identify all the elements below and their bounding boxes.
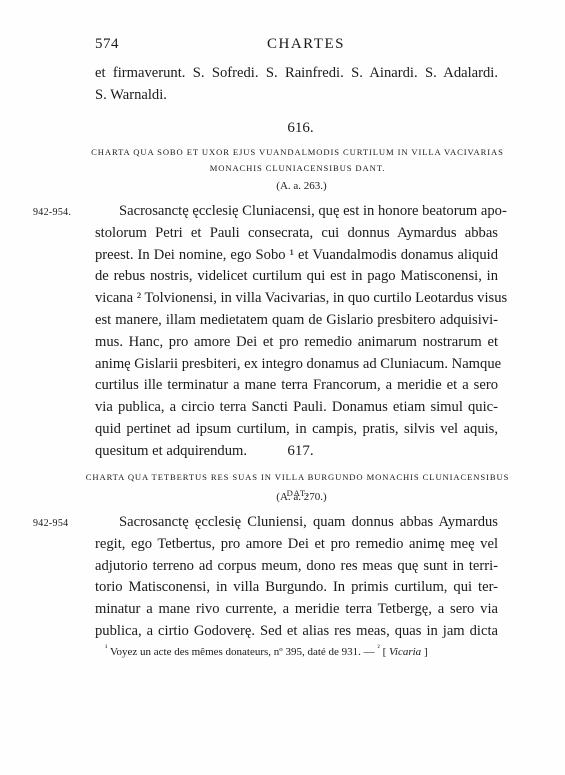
text-line: via publica, a circio terra Sancti Pauli… — [95, 397, 498, 419]
charter-title-line: CHARTA QUA SOBO ET UXOR EJUS VUANDALMODI… — [75, 144, 520, 160]
footnote-text: Voyez un acte des mêmes donateurs, nº 39… — [110, 646, 375, 658]
running-title: CHARTES — [95, 36, 497, 53]
charter-number: 617. — [95, 443, 498, 460]
footnote-italic: Vicaria — [389, 646, 421, 658]
text-line: curtilus ille terminatur a mane terra Fr… — [95, 375, 498, 397]
text-line: S. Warnaldi. — [95, 85, 498, 107]
text-line: de rebus nostris, videlicet curtilum qui… — [95, 266, 498, 288]
text-line: Sacrosanctę ęcclesię Cluniacensi, quę es… — [95, 201, 498, 223]
text-line: regit, ego Tetbertus, pro amore Dei et p… — [95, 534, 498, 556]
text-line: quid pertinet ad ipsum curtilum, in camp… — [95, 419, 498, 441]
margin-date: 942-954 — [33, 518, 68, 529]
text-line: preest. In Dei nomine, ego Sobo ¹ et Vua… — [95, 245, 498, 267]
footnote-marker: ² — [377, 643, 379, 652]
text-line: publica, a cirtio Godoverę. Sed et alias… — [95, 621, 498, 643]
charter-title-line: MONACHIS CLUNIACENSIBUS DANT. — [75, 160, 520, 176]
continuation-paragraph: et firmaverunt. S. Sofredi. S. Rainfredi… — [95, 63, 498, 107]
text-line: stolorum Petri et Pauli consecrata, cui … — [95, 223, 498, 245]
text-line: vicana ² Tolvionensi, in villa Vacivaria… — [95, 288, 498, 310]
running-head: 574 CHARTES — [95, 36, 497, 56]
margin-date: 942-954. — [33, 207, 71, 218]
footnotes: ¹ Voyez un acte des mêmes donateurs, nº … — [105, 646, 505, 658]
text-line: adjutorio terreno ad corpus meum, dono r… — [95, 556, 498, 578]
text-line: torio Matisconensi, in villa Burgundo. I… — [95, 577, 498, 599]
document-page: 574 CHARTES et firmaverunt. S. Sofredi. … — [0, 0, 565, 775]
footnote-marker: ¹ — [105, 643, 107, 652]
text-line: mus. Hanc, pro amore Dei et pro remedio … — [95, 332, 498, 354]
charter-body: Sacrosanctę ęcclesię Cluniacensi, quę es… — [95, 201, 498, 463]
text-line: animę Gislarii presbiteri, ex integro do… — [95, 354, 498, 376]
charter-body: Sacrosanctę ęcclesię Cluniensi, quam don… — [95, 512, 498, 643]
charter-date: (A. a. 270.) — [95, 491, 498, 503]
charter-title: CHARTA QUA SOBO ET UXOR EJUS VUANDALMODI… — [75, 144, 520, 176]
charter-date: (A. a. 263.) — [95, 180, 498, 192]
text-line: et firmaverunt. S. Sofredi. S. Rainfredi… — [95, 63, 498, 85]
text-line: minatur a mane rivo currente, a meridie … — [95, 599, 498, 621]
footnote-bracket-open: [ — [383, 646, 387, 658]
charter-number: 616. — [95, 120, 498, 137]
text-line: est manere, illam medietatem quam de Gis… — [95, 310, 498, 332]
text-line: Sacrosanctę ęcclesię Cluniensi, quam don… — [95, 512, 498, 534]
footnote-bracket-close: ] — [424, 646, 428, 658]
